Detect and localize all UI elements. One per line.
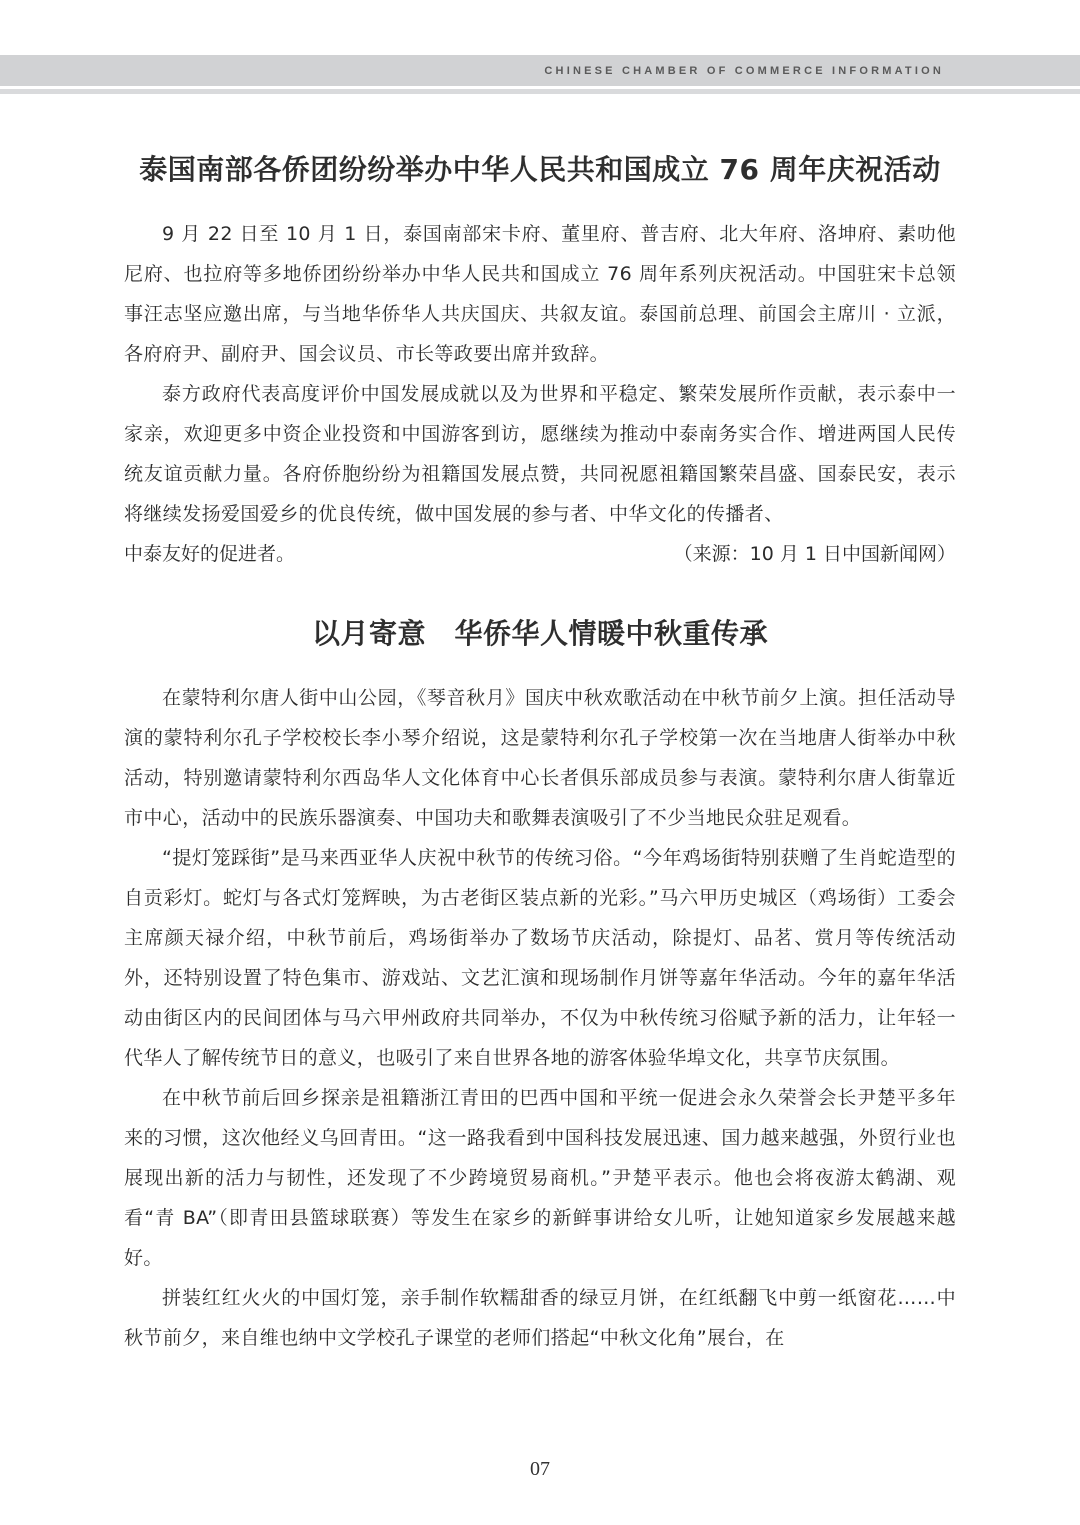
article-paragraph: 泰方政府代表高度评价中国发展成就以及为世界和平稳定、繁荣发展所作贡献，表示泰中一… bbox=[124, 374, 956, 534]
article-thailand-celebration: 泰国南部各侨团纷纷举办中华人民共和国成立 76 周年庆祝活动 9 月 22 日至… bbox=[124, 152, 956, 574]
article-paragraph: 在中秋节前后回乡探亲是祖籍浙江青田的巴西中国和平统一促进会永久荣誉会长尹楚平多年… bbox=[124, 1078, 956, 1278]
header-divider bbox=[0, 89, 1080, 94]
article-paragraph: 拼装红红火火的中国灯笼，亲手制作软糯甜香的绿豆月饼，在红纸翻飞中剪一纸窗花……中… bbox=[124, 1278, 956, 1358]
publication-name: CHINESE CHAMBER OF COMMERCE INFORMATION bbox=[544, 64, 944, 78]
page-number: 07 bbox=[0, 1458, 1080, 1481]
source-citation: （来源：10 月 1 日中国新闻网） bbox=[674, 534, 956, 574]
article-title: 以月寄意 华侨华人情暖中秋重传承 bbox=[124, 616, 956, 652]
source-line: 中泰友好的促进者。 （来源：10 月 1 日中国新闻网） bbox=[124, 534, 956, 574]
article-paragraph: “提灯笼踩街”是马来西亚华人庆祝中秋节的传统习俗。“今年鸡场街特别获赠了生肖蛇造… bbox=[124, 838, 956, 1078]
article-title: 泰国南部各侨团纷纷举办中华人民共和国成立 76 周年庆祝活动 bbox=[124, 152, 956, 188]
article-paragraph: 在蒙特利尔唐人街中山公园，《琴音秋月》国庆中秋欢歌活动在中秋节前夕上演。担任活动… bbox=[124, 678, 956, 838]
article-paragraph: 9 月 22 日至 10 月 1 日，泰国南部宋卡府、董里府、普吉府、北大年府、… bbox=[124, 214, 956, 374]
article-closing-text: 中泰友好的促进者。 bbox=[124, 534, 295, 574]
article-mid-autumn: 以月寄意 华侨华人情暖中秋重传承 在蒙特利尔唐人街中山公园，《琴音秋月》国庆中秋… bbox=[124, 616, 956, 1358]
